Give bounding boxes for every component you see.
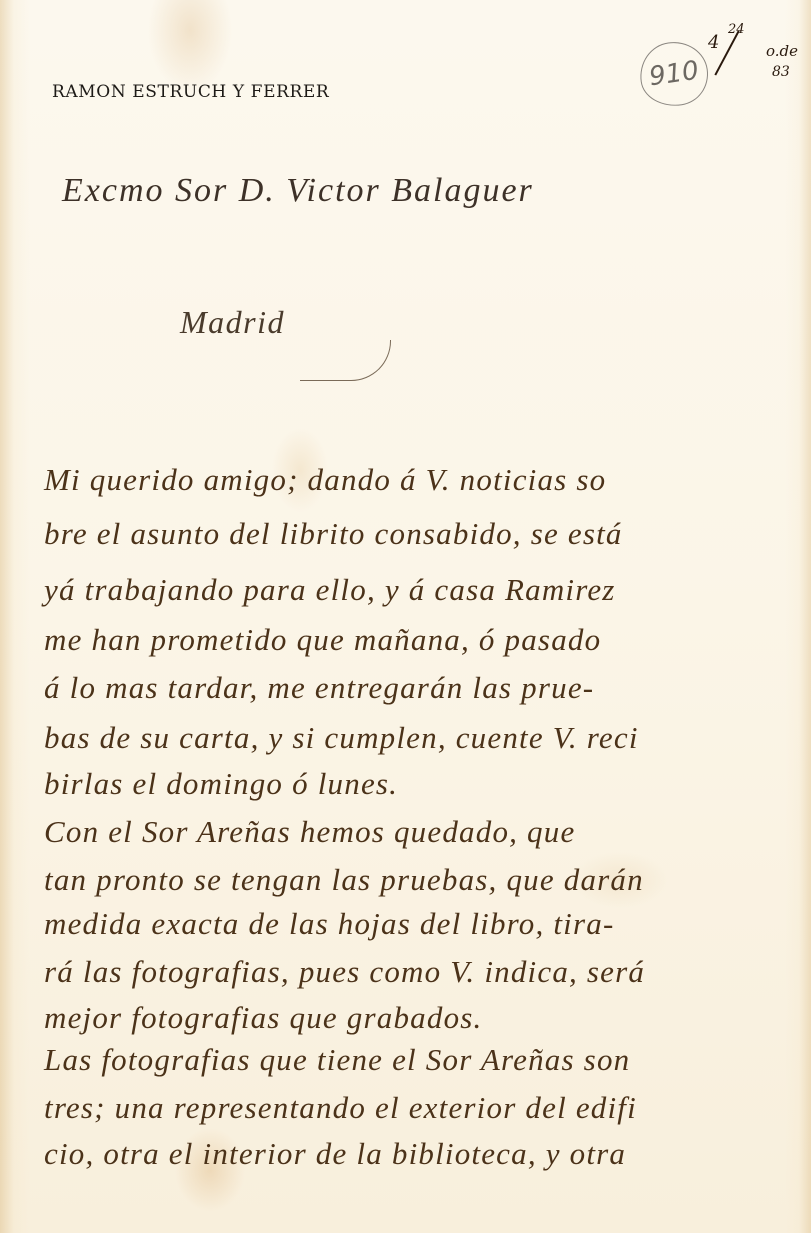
archive-date-note: 4 24 o.de 83: [708, 18, 808, 78]
body-line: tres; una representando el exterior del …: [44, 1090, 637, 1126]
body-line: Las fotografias que tiene el Sor Areñas …: [44, 1042, 630, 1078]
body-line: yá trabajando para ello, y á casa Ramire…: [44, 572, 616, 608]
body-line: á lo mas tardar, me entregarán las prue-: [44, 670, 594, 706]
body-line: mejor fotografias que grabados.: [44, 1000, 483, 1036]
archive-date-year: 83: [772, 64, 790, 80]
body-line: cio, otra el interior de la biblioteca, …: [44, 1136, 626, 1172]
body-line: rá las fotografias, pues como V. indica,…: [44, 954, 645, 990]
body-line: medida exacta de las hojas del libro, ti…: [44, 906, 615, 942]
body-line: me han prometido que mañana, ó pasado: [44, 622, 601, 658]
body-line: bre el asunto del librito consabido, se …: [44, 516, 623, 552]
archive-date-month: o.de: [766, 42, 798, 60]
body-line: Mi querido amigo; dando á V. noticias so: [44, 462, 606, 498]
archive-number: 910: [647, 56, 700, 93]
body-line: tan pronto se tengan las pruebas, que da…: [44, 862, 644, 898]
body-line: Con el Sor Areñas hemos quedado, que: [44, 814, 575, 850]
body-line: bas de su carta, y si cumplen, cuente V.…: [44, 720, 639, 756]
body-line: birlas el domingo ó lunes.: [44, 766, 398, 802]
archive-date-prefix: 4: [708, 32, 719, 53]
salutation: Excmo Sor D. Victor Balaguer: [62, 172, 534, 210]
letterhead: RAMON ESTRUCH Y FERRER: [52, 82, 329, 102]
city-line: Madrid: [180, 304, 285, 341]
